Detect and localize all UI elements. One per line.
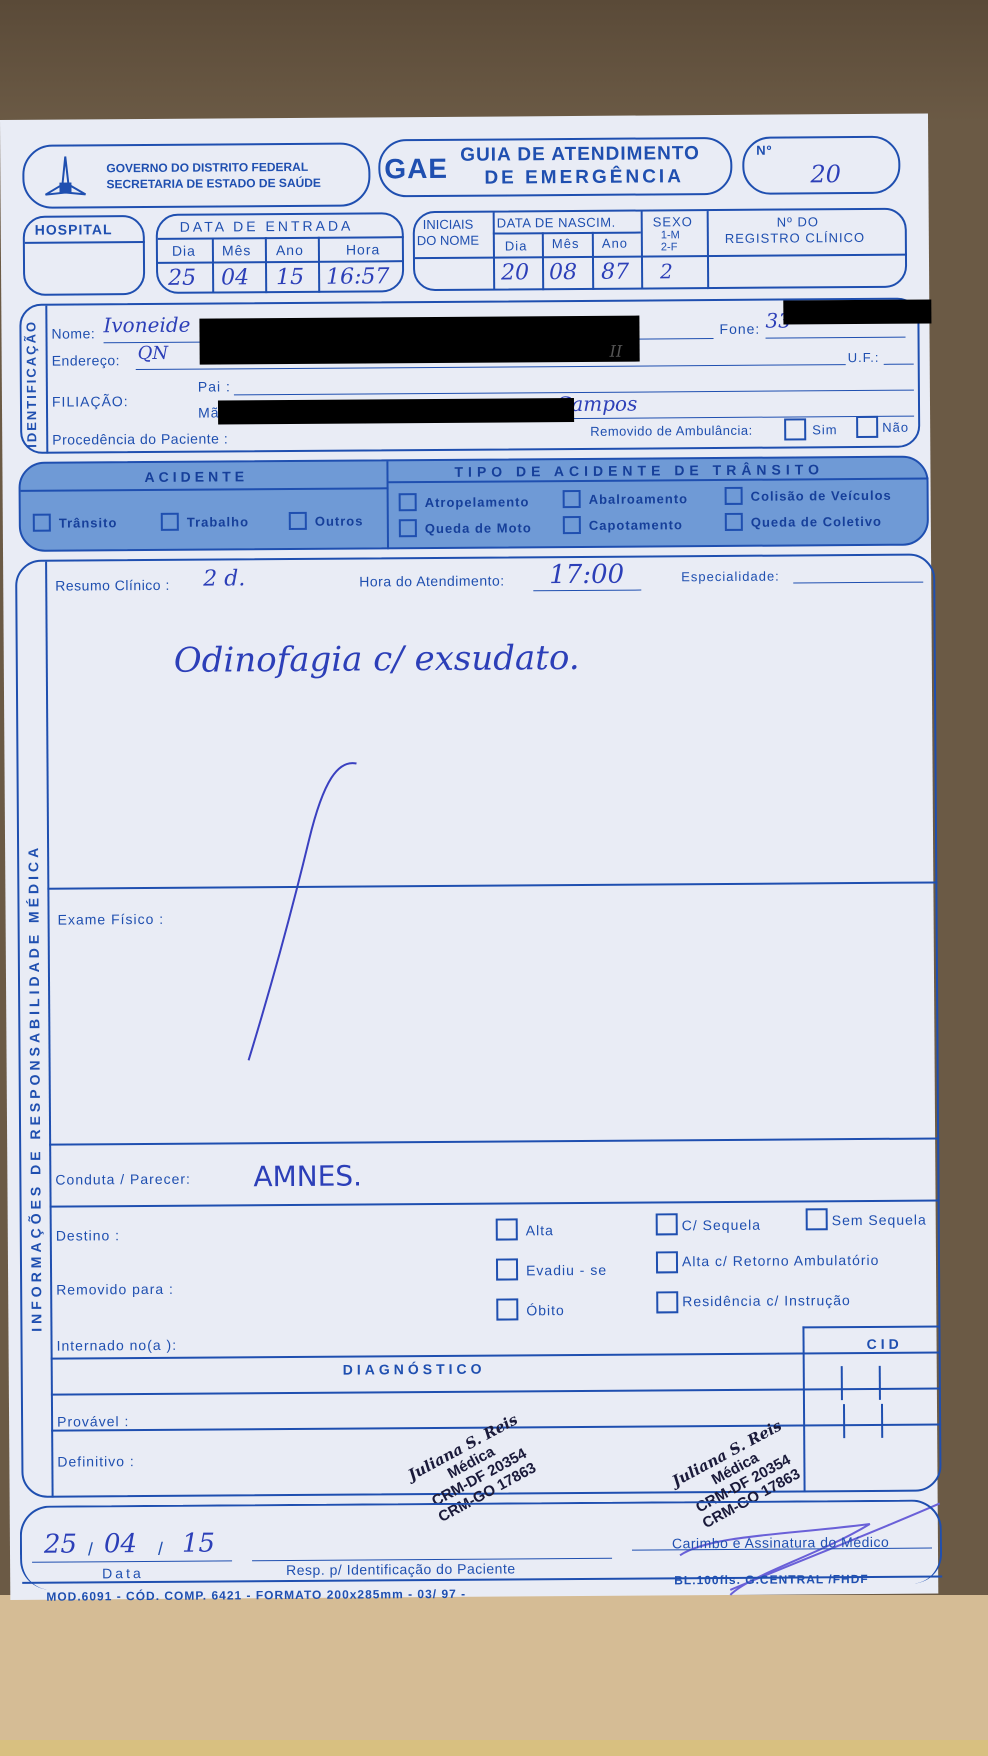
sex-options-2: 2-F [661, 241, 678, 253]
footer-date-year[interactable]: 15 [182, 1529, 215, 1559]
definitive-diagnosis-label: Definitivo : [57, 1453, 134, 1470]
pen-strike-mark [228, 759, 380, 1080]
uf-label: U.F.: [848, 350, 880, 365]
entry-month-header: Mês [222, 242, 252, 258]
probable-diagnosis-label: Provável : [57, 1413, 129, 1430]
physical-exam-label: Exame Físico : [58, 911, 165, 928]
redacted-mother-name [218, 398, 574, 424]
accident-section: ACIDENTE Trânsito Trabalho Outros TIPO D… [18, 456, 929, 552]
type-rollover-checkbox[interactable] [563, 516, 581, 534]
table-surface [0, 1595, 988, 1756]
attendance-time-label: Hora do Atendimento: [359, 572, 505, 589]
accident-work-checkbox[interactable] [161, 513, 179, 531]
medical-section-label: INFORMAÇÕES DE RESPONSABILIDADE MÉDICA [25, 844, 44, 1332]
type-vehicle-collision-checkbox[interactable] [725, 487, 743, 505]
type-bus-fall-checkbox[interactable] [725, 513, 743, 531]
identification-section-label: IDENTIFICAÇÃO [23, 320, 39, 448]
destination-evaded-label: Evadiu - se [526, 1262, 607, 1279]
destination-outpatient-return-label: Alta c/ Retorno Ambulatório [682, 1252, 880, 1269]
destination-outpatient-return-checkbox[interactable] [656, 1251, 678, 1273]
patient-id-box: INICIAIS DO NOME DATA DE NASCIM. Dia Mês… [413, 208, 908, 291]
type-pedestrian-checkbox[interactable] [399, 493, 417, 511]
entry-date-box: DATA DE ENTRADA Dia Mês Ano Hora 25 04 1… [156, 212, 405, 294]
clinical-summary-value[interactable]: 2 d. [203, 566, 245, 591]
footer-date-month[interactable]: 04 [104, 1529, 137, 1559]
hospital-label: HOSPITAL [35, 221, 113, 238]
entry-hour-value[interactable]: 16:57 [326, 264, 390, 289]
type-motorcycle-fall-label: Queda de Moto [425, 520, 532, 536]
accident-title: ACIDENTE [144, 468, 248, 485]
form-print-info: BL.100fls. G.CENTRAL /FHDF [674, 1572, 869, 1587]
gae-label: GAE [384, 153, 448, 185]
type-bus-fall-label: Queda de Coletivo [751, 514, 882, 530]
destination-label: Destino : [56, 1227, 120, 1243]
footer-date-label: Data [102, 1565, 144, 1581]
initials-label-2: DO NOME [417, 233, 479, 248]
destination-discharge-checkbox[interactable] [496, 1218, 518, 1240]
destination-death-checkbox[interactable] [496, 1298, 518, 1320]
diagnosis-title: DIAGNÓSTICO [343, 1361, 486, 1378]
clinical-summary-text[interactable]: Odinofagia c/ exsudato. [174, 638, 580, 681]
sex-label: SEXO [653, 214, 693, 229]
patient-id-responsible-label: Resp. p/ Identificação do Paciente [286, 1560, 516, 1578]
entry-day-header: Dia [172, 243, 196, 259]
name-value[interactable]: Ivoneide [103, 313, 190, 338]
doctor-signature-label: Carimbo e Assinatura do Médico [672, 1534, 889, 1552]
gov-line2: SECRETARIA DE ESTADO DE SAÚDE [106, 176, 321, 191]
gov-line1: GOVERNO DO DISTRITO FEDERAL [106, 160, 308, 175]
destination-sequela-checkbox[interactable] [656, 1213, 678, 1235]
name-label: Nome: [51, 325, 95, 341]
brasilia-emblem-icon [40, 154, 90, 200]
filiation-label: FILIAÇÃO: [52, 393, 129, 410]
accident-other-checkbox[interactable] [289, 512, 307, 530]
conduct-label: Conduta / Parecer: [55, 1171, 191, 1188]
accident-work-label: Trabalho [187, 514, 249, 529]
redacted-phone [783, 300, 931, 325]
type-collision-side-label: Abalroamento [589, 491, 689, 507]
destination-no-sequela-label: Sem Sequela [832, 1212, 927, 1229]
entry-month-value[interactable]: 04 [221, 265, 249, 290]
admitted-at-label: Internado no(a ): [57, 1337, 178, 1354]
form-number-value[interactable]: 20 [810, 160, 841, 188]
destination-death-label: Óbito [526, 1302, 565, 1318]
gov-header-box: GOVERNO DO DISTRITO FEDERAL SECRETARIA D… [22, 142, 370, 208]
registry-label-1: Nº DO [777, 214, 819, 229]
entry-date-label: DATA DE ENTRADA [180, 218, 354, 235]
origin-label: Procedência do Paciente : [52, 430, 228, 447]
initials-label-1: INICIAIS [423, 217, 474, 232]
specialty-label: Especialidade: [681, 569, 780, 585]
type-motorcycle-fall-checkbox[interactable] [399, 519, 417, 537]
accident-traffic-label: Trânsito [59, 515, 118, 530]
hospital-box[interactable]: HOSPITAL [23, 215, 146, 296]
sex-options-1: 1-M [661, 229, 680, 241]
type-pedestrian-label: Atropelamento [425, 494, 530, 510]
phone-label: Fone: [719, 321, 760, 337]
entry-year-value[interactable]: 15 [276, 265, 304, 290]
address-suffix: II [610, 342, 623, 361]
birth-day-header: Dia [505, 238, 528, 253]
type-rollover-label: Capotamento [589, 517, 683, 533]
destination-no-sequela-checkbox[interactable] [806, 1208, 828, 1230]
destination-sequela-label: C/ Sequela [682, 1217, 761, 1234]
address-label: Endereço: [52, 352, 120, 368]
type-vehicle-collision-label: Colisão de Veículos [751, 488, 892, 504]
entry-hour-header: Hora [346, 241, 380, 257]
clinical-summary-label: Resumo Clínico : [55, 577, 170, 594]
accident-other-label: Outros [315, 513, 364, 528]
type-collision-side-checkbox[interactable] [563, 490, 581, 508]
conduct-value[interactable]: AMNES. [253, 1159, 362, 1193]
removed-to-label: Removido para : [56, 1281, 174, 1298]
ambulance-no-label: Não [882, 420, 909, 435]
birth-day-value[interactable]: 20 [501, 260, 529, 285]
form-model-code: MOD.6091 - CÓD. COMP. 6421 - FORMATO 200… [46, 1587, 466, 1604]
form-number-label: Nº [756, 143, 772, 158]
identification-section: IDENTIFICAÇÃO Nome: Ivoneide Fone: 33 En… [19, 298, 920, 454]
destination-discharge-label: Alta [526, 1222, 554, 1238]
sex-value[interactable]: 2 [660, 259, 673, 283]
birth-year-value[interactable]: 87 [601, 260, 629, 285]
ambulance-no-checkbox[interactable] [856, 416, 878, 438]
medical-section: INFORMAÇÕES DE RESPONSABILIDADE MÉDICA R… [15, 553, 942, 1497]
cid-label: CID [867, 1336, 903, 1352]
destination-home-instruction-checkbox[interactable] [656, 1291, 678, 1313]
attendance-time-value[interactable]: 17:00 [549, 560, 624, 591]
entry-year-header: Ano [276, 242, 304, 258]
ambulance-yes-label: Sim [812, 422, 837, 437]
footer-date-day[interactable]: 25 [44, 1529, 77, 1559]
registry-label-2: REGISTRO CLÍNICO [725, 230, 865, 246]
ambulance-yes-checkbox[interactable] [784, 418, 806, 440]
destination-evaded-checkbox[interactable] [496, 1258, 518, 1280]
birth-year-header: Ano [602, 236, 628, 251]
form-number-box: Nº 20 [742, 136, 900, 195]
redacted-name [199, 316, 639, 365]
emergency-form-paper: GOVERNO DO DISTRITO FEDERAL SECRETARIA D… [0, 114, 938, 1600]
table-edge [0, 1740, 988, 1756]
birth-month-value[interactable]: 08 [549, 260, 577, 285]
gae-title-box: GAE GUIA DE ATENDIMENTO DE EMERGÊNCIA [378, 137, 732, 197]
traffic-accident-type-title: TIPO DE ACIDENTE DE TRÂNSITO [454, 461, 824, 480]
father-label: Pai : [198, 378, 231, 394]
birth-month-header: Mês [552, 236, 580, 251]
form-title-line1: GUIA DE ATENDIMENTO [460, 143, 700, 167]
entry-day-value[interactable]: 25 [168, 266, 196, 291]
ambulance-label: Removido de Ambulância: [590, 423, 753, 439]
destination-home-instruction-label: Residência c/ Instrução [682, 1292, 851, 1309]
form-title-line2: DE EMERGÊNCIA [484, 166, 684, 189]
accident-traffic-checkbox[interactable] [33, 514, 51, 532]
address-value[interactable]: QN [138, 343, 169, 364]
birth-date-label: DATA DE NASCIM. [497, 215, 616, 231]
